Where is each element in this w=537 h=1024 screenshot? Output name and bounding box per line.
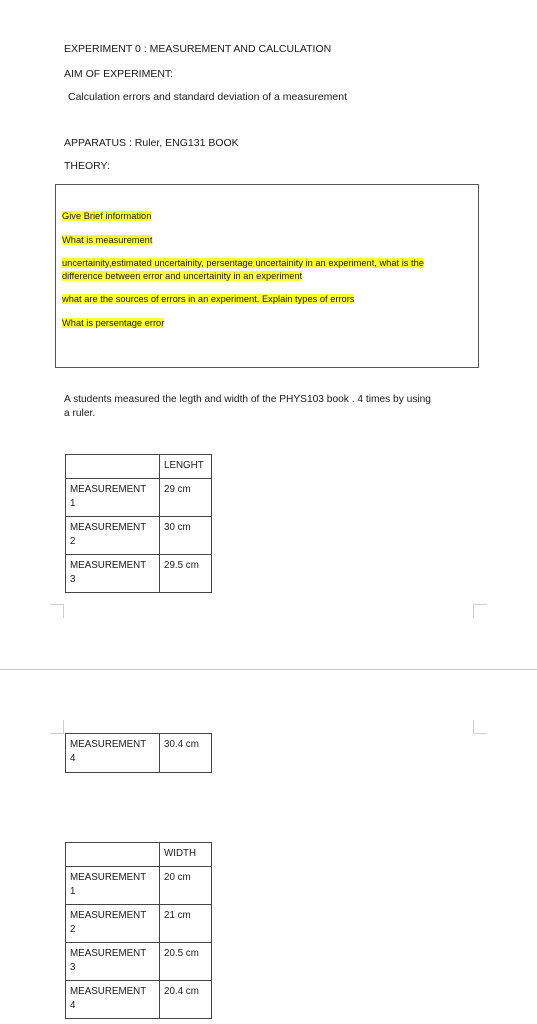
- table-header-cell: [66, 843, 160, 867]
- theory-item: Give Brief information: [62, 210, 151, 223]
- page-margin-corner-mark: [50, 604, 64, 618]
- measurement-label: MEASUREMENT3: [66, 943, 160, 981]
- table-header-row: LENGHT: [66, 455, 212, 479]
- document-title: EXPERIMENT 0 : MEASUREMENT AND CALCULATI…: [64, 43, 331, 55]
- page-break-divider: [0, 669, 537, 670]
- page-margin-corner-mark: [473, 604, 487, 618]
- width-table: WIDTH MEASUREMENT1 20 cm MEASUREMENT2 21…: [65, 842, 212, 1019]
- table-header-cell: WIDTH: [160, 843, 212, 867]
- theory-heading: THEORY:: [64, 160, 110, 172]
- page-margin-corner-mark: [50, 720, 64, 734]
- measurement-label: MEASUREMENT3: [66, 555, 160, 593]
- table-row: MEASUREMENT2 21 cm: [66, 905, 212, 943]
- theory-item: what are the sources of errors in an exp…: [62, 293, 354, 306]
- table-header-row: WIDTH: [66, 843, 212, 867]
- length-table-continued: MEASUREMENT4 30.4 cm: [65, 733, 212, 773]
- table-row: MEASUREMENT3 29.5 cm: [66, 555, 212, 593]
- theory-item: What is measurement: [62, 234, 152, 247]
- table-header-cell: LENGHT: [160, 455, 212, 479]
- apparatus-label: APPARATUS: [64, 137, 126, 149]
- table-header-cell: [66, 455, 160, 479]
- measurement-value: 20 cm: [160, 867, 212, 905]
- measurement-value: 20.5 cm: [160, 943, 212, 981]
- page-margin-corner-mark: [473, 720, 487, 734]
- measurement-label: MEASUREMENT2: [66, 905, 160, 943]
- table-row: MEASUREMENT3 20.5 cm: [66, 943, 212, 981]
- measurement-value: 30 cm: [160, 517, 212, 555]
- length-table: LENGHT MEASUREMENT1 29 cm MEASUREMENT2 3…: [65, 454, 212, 593]
- measurement-label: MEASUREMENT1: [66, 867, 160, 905]
- theory-item: uncertainity,estimated uncertainity, per…: [62, 257, 424, 270]
- problem-text-line-1: A students measured the legth and width …: [64, 394, 431, 405]
- apparatus-value: : Ruler, ENG131 BOOK: [126, 137, 239, 149]
- table-row: MEASUREMENT1 20 cm: [66, 867, 212, 905]
- measurement-label: MEASUREMENT2: [66, 517, 160, 555]
- measurement-label: MEASUREMENT4: [66, 734, 160, 773]
- theory-item: What is persentage error: [62, 317, 164, 330]
- aim-heading: AIM OF EXPERIMENT:: [64, 68, 173, 80]
- table-row: MEASUREMENT4 20.4 cm: [66, 981, 212, 1019]
- measurement-value: 21 cm: [160, 905, 212, 943]
- measurement-value: 29.5 cm: [160, 555, 212, 593]
- measurement-label: MEASUREMENT4: [66, 981, 160, 1019]
- measurement-value: 20.4 cm: [160, 981, 212, 1019]
- theory-item: difference between error and uncertainit…: [62, 270, 302, 283]
- apparatus-line: APPARATUS : Ruler, ENG131 BOOK: [64, 137, 239, 149]
- table-row: MEASUREMENT4 30.4 cm: [66, 734, 212, 773]
- problem-text-line-2: a ruler.: [64, 408, 95, 419]
- table-row: MEASUREMENT1 29 cm: [66, 479, 212, 517]
- aim-text: Calculation errors and standard deviatio…: [68, 91, 347, 103]
- table-row: MEASUREMENT2 30 cm: [66, 517, 212, 555]
- measurement-label: MEASUREMENT1: [66, 479, 160, 517]
- measurement-value: 30.4 cm: [160, 734, 212, 773]
- theory-box: Give Brief information What is measureme…: [55, 184, 479, 368]
- measurement-value: 29 cm: [160, 479, 212, 517]
